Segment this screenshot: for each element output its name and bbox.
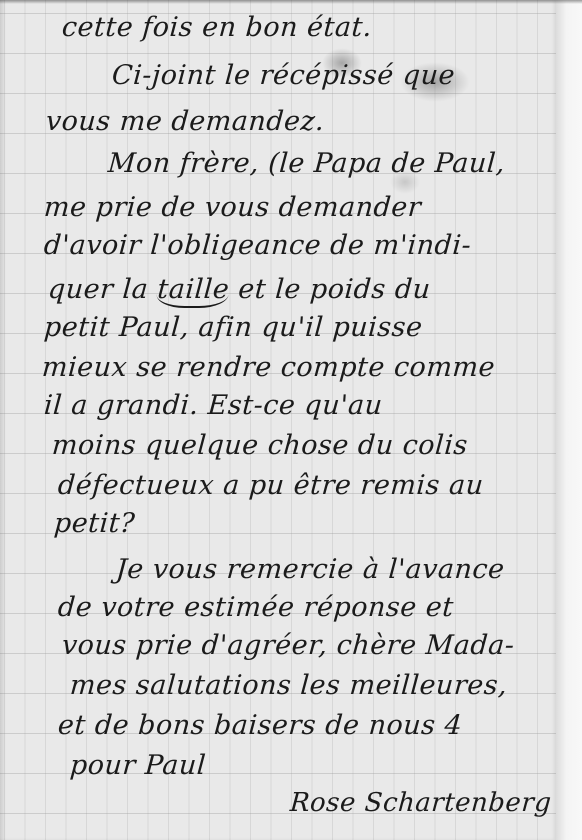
page-top-shadow	[0, 0, 582, 4]
letter-line: vous me demandez.	[45, 108, 325, 135]
letter-text: et le poids du	[237, 274, 431, 305]
letter-line: mes salutations les meilleures,	[69, 672, 508, 699]
letter-line: Je vous remercie à l'avance	[115, 556, 505, 583]
letter-line: petit?	[53, 510, 136, 537]
letter-line: Mon frère, (le Papa de Paul,	[107, 150, 506, 177]
letter-line: moins quelque chose du colis	[51, 432, 469, 459]
letter-line: petit Paul, afin qu'il puisse	[43, 314, 423, 341]
scan-margin	[556, 0, 582, 840]
letter-text: quer la	[47, 274, 150, 305]
letter-line: mieux se rendre compte comme	[41, 354, 496, 381]
letter-line: de votre estimée réponse et	[57, 594, 455, 621]
letter-line: d'avoir l'obligeance de m'indi-	[43, 232, 472, 259]
letter-line: défectueux a pu être remis au	[57, 472, 484, 499]
letter-line: me prie de vous demander	[43, 194, 422, 221]
letter-line: pour Paul	[69, 752, 207, 779]
letter-line: vous prie d'agréer, chère Mada-	[61, 632, 515, 659]
signature: Rose Schartenberg	[289, 790, 552, 816]
letter-line: quer la taille et le poids du	[47, 276, 431, 303]
page-left-edge	[0, 0, 6, 840]
letter-line: et de bons baisers de nous 4	[57, 712, 463, 739]
letter-line: cette fois en bon état.	[61, 14, 373, 41]
letter-line: il a grandi. Est-ce qu'au	[43, 392, 383, 419]
underlined-word: taille	[156, 274, 230, 308]
letter-line: Ci-joint le récépissé que	[111, 62, 456, 89]
